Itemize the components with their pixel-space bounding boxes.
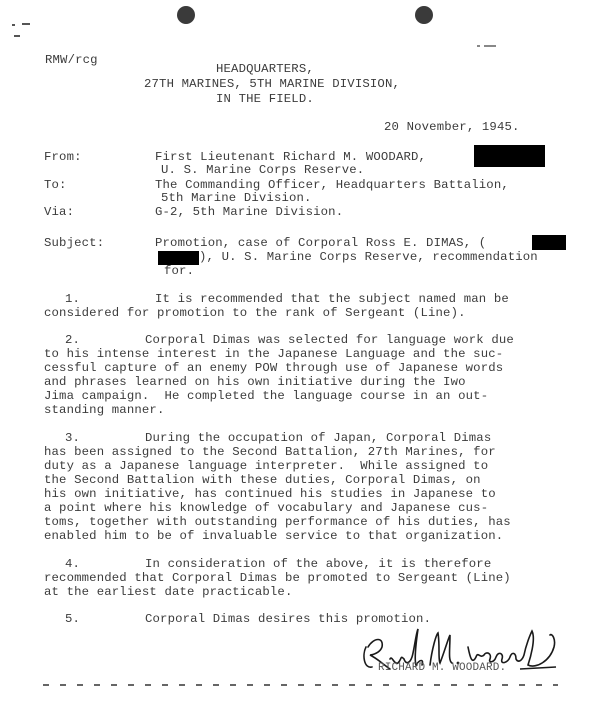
from-line-2: U. S. Marine Corps Reserve. bbox=[161, 163, 364, 177]
paragraph-1-line: considered for promotion to the rank of … bbox=[44, 306, 466, 320]
punch-hole-right bbox=[415, 6, 433, 24]
via-line-1: G-2, 5th Marine Division. bbox=[155, 205, 343, 219]
memo-page: RMW/rcg HEADQUARTERS, 27TH MARINES, 5TH … bbox=[0, 0, 606, 703]
paragraph-2-line: Jima campaign. He completed the language… bbox=[44, 389, 488, 403]
paragraph-5-number: 5. bbox=[65, 612, 80, 626]
paragraph-3-line: a point where his knowledge of vocabular… bbox=[44, 501, 488, 515]
subject-line-1: Promotion, case of Corporal Ross E. DIMA… bbox=[155, 236, 486, 250]
subject-line-2: ), U. S. Marine Corps Reserve, recommend… bbox=[199, 250, 538, 264]
redaction-block bbox=[474, 145, 545, 167]
paragraph-3-line: the Second Battalion with these duties, … bbox=[44, 473, 481, 487]
paragraph-4-line: In consideration of the above, it is the… bbox=[145, 557, 491, 571]
paragraph-1-line: It is recommended that the subject named… bbox=[155, 292, 509, 306]
header-line-2: 27TH MARINES, 5TH MARINE DIVISION, bbox=[144, 77, 400, 91]
from-label: From: bbox=[44, 150, 82, 164]
punch-hole-left bbox=[177, 6, 195, 24]
paragraph-2-line: Corporal Dimas was selected for language… bbox=[145, 333, 514, 347]
paragraph-5-line: Corporal Dimas desires this promotion. bbox=[145, 612, 431, 626]
reference-initials: RMW/rcg bbox=[45, 53, 98, 67]
paragraph-3-line: enabled him to be of invaluable service … bbox=[44, 529, 503, 543]
paragraph-3-line: toms, together with outstanding performa… bbox=[44, 515, 511, 529]
paragraph-3-line: duty as a Japanese language interpreter.… bbox=[44, 459, 488, 473]
paragraph-4-line: at the earliest date practicable. bbox=[44, 585, 292, 599]
paragraph-3-line: During the occupation of Japan, Corporal… bbox=[145, 431, 491, 445]
paragraph-2-number: 2. bbox=[65, 333, 80, 347]
subject-label: Subject: bbox=[44, 236, 104, 250]
paragraph-4-number: 4. bbox=[65, 557, 80, 571]
paragraph-2-line: and phrases learned on his own initiativ… bbox=[44, 375, 466, 389]
ink-speck bbox=[484, 45, 496, 47]
from-line-1: First Lieutenant Richard M. WOODARD, bbox=[155, 150, 426, 164]
paragraph-3-line: his own initiative, has continued his st… bbox=[44, 487, 496, 501]
subject-line-3: for. bbox=[164, 264, 194, 278]
paragraph-2-line: to his intense interest in the Japanese … bbox=[44, 347, 503, 361]
paragraph-1-number: 1. bbox=[65, 292, 80, 306]
date: 20 November, 1945. bbox=[384, 120, 520, 134]
paragraph-3-line: has been assigned to the Second Battalio… bbox=[44, 445, 496, 459]
header-line-1: HEADQUARTERS, bbox=[216, 62, 314, 76]
paragraph-3-number: 3. bbox=[65, 431, 80, 445]
ink-speck bbox=[477, 45, 480, 47]
paragraph-2-line: cessful capture of an enemy POW through … bbox=[44, 361, 503, 375]
typed-signature: RICHARD M. WOODARD. bbox=[378, 661, 506, 675]
ink-speck bbox=[14, 35, 20, 37]
header-line-3: IN THE FIELD. bbox=[216, 92, 314, 106]
via-label: Via: bbox=[44, 205, 74, 219]
to-label: To: bbox=[44, 178, 67, 192]
to-line-1: The Commanding Officer, Headquarters Bat… bbox=[155, 178, 509, 192]
paragraph-2-line: standing manner. bbox=[44, 403, 164, 417]
dashed-rule bbox=[43, 684, 558, 686]
ink-speck bbox=[12, 24, 15, 26]
paragraph-4-line: recommended that Corporal Dimas be promo… bbox=[44, 571, 511, 585]
redaction-block bbox=[158, 251, 199, 265]
ink-speck bbox=[22, 23, 30, 25]
redaction-block bbox=[532, 235, 566, 250]
to-line-2: 5th Marine Division. bbox=[161, 191, 312, 205]
